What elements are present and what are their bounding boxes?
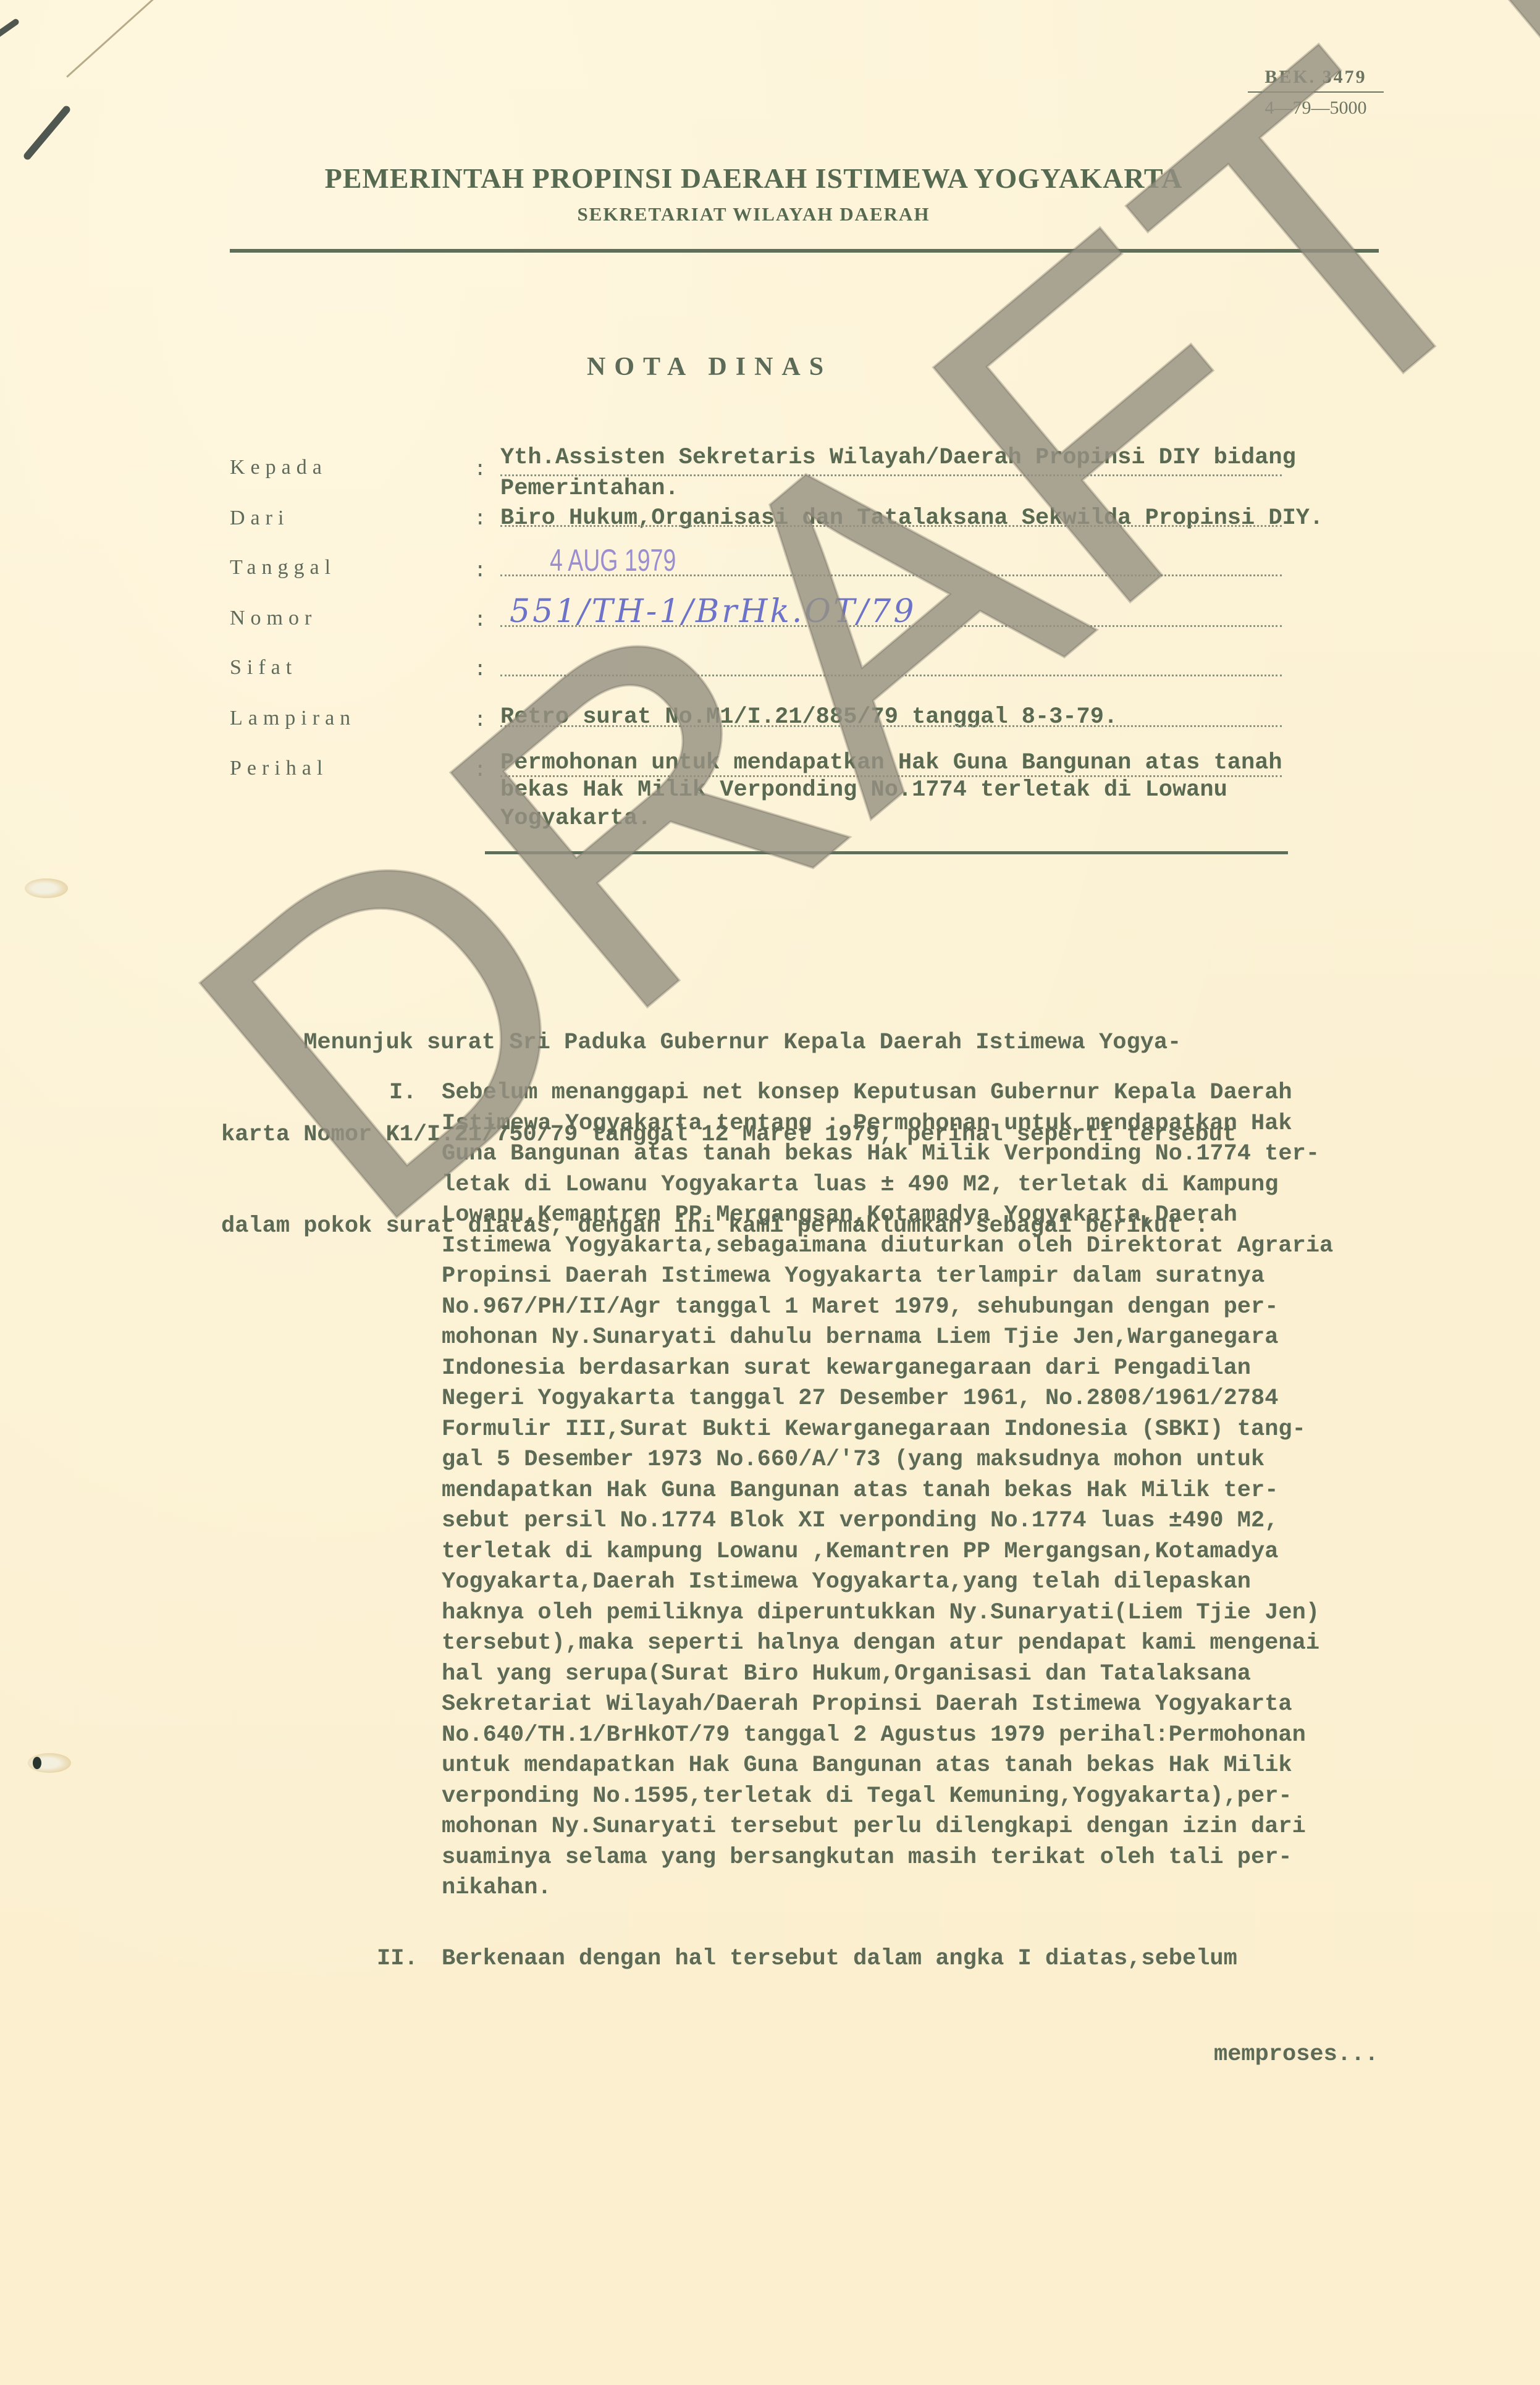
label-tanggal: Tanggal [230, 556, 336, 579]
point-1-line: No.640/TH.1/BrHkOT/79 tanggal 2 Agustus … [442, 1720, 1333, 1751]
colon: : [474, 560, 486, 583]
point-1-line: untuk mendapatkan Hak Guna Bangunan atas… [442, 1751, 1333, 1781]
colon: : [474, 508, 486, 531]
point-1-line: hal yang serupa(Surat Biro Hukum,Organis… [442, 1659, 1333, 1690]
point-1-line: Negeri Yogyakarta tanggal 27 Desember 19… [442, 1384, 1333, 1415]
point-1-line: Propinsi Daerah Istimewa Yogyakarta terl… [442, 1261, 1333, 1292]
label-dari: Dari [230, 507, 289, 530]
point-1-line: verponding No.1595,terletak di Tegal Kem… [442, 1781, 1333, 1812]
point-1-line: sebut persil No.1774 Blok XI verponding … [442, 1506, 1333, 1537]
point-1-line: Yogyakarta,Daerah Istimewa Yogyakarta,ya… [442, 1567, 1333, 1598]
point-1-line: haknya oleh pemiliknya diperuntukkan Ny.… [442, 1598, 1333, 1629]
label-lampiran: Lampiran [230, 707, 356, 730]
colon: : [474, 458, 486, 482]
point-1-line: Istimewa Yogyakarta,sebagaimana diuturka… [442, 1231, 1333, 1262]
point-1-line: gal 5 Desember 1973 No.660/A/'73 (yang m… [442, 1445, 1333, 1476]
point-1-line: Formulir III,Surat Bukti Kewarganegaraan… [442, 1415, 1333, 1445]
punch-hole [25, 878, 68, 898]
punch-hole [28, 1753, 71, 1773]
continuation-text: memproses... [1214, 2040, 1378, 2071]
point-2-marker: II. [377, 1944, 418, 1975]
point-1-line: mendapatkan Hak Guna Bangunan atas tanah… [442, 1476, 1333, 1507]
label-sifat: Sifat [230, 656, 297, 679]
point-1-line: nikahan. [442, 1873, 1333, 1904]
label-kepada: Kepada [230, 456, 327, 479]
point-2-text: Berkenaan dengan hal tersebut dalam angk… [442, 1944, 1237, 1975]
point-1-line: suaminya selama yang bersangkutan masih … [442, 1843, 1333, 1874]
point-1-line: Sekretariat Wilayah/Daerah Propinsi Daer… [442, 1689, 1333, 1720]
point-1-line: Lowanu,Kemantren PP Mergangsan,Kotamadya… [442, 1200, 1333, 1231]
point-1-line: terletak di kampung Lowanu ,Kemantren PP… [442, 1537, 1333, 1568]
point-1-line: mohonan Ny.Sunaryati dahulu bernama Liem… [442, 1323, 1333, 1353]
point-1-line: mohonan Ny.Sunaryati tersebut perlu dile… [442, 1812, 1333, 1843]
point-1-line: No.967/PH/II/Agr tanggal 1 Maret 1979, s… [442, 1292, 1333, 1323]
point-1-line: tersebut),maka seperti halnya dengan atu… [442, 1628, 1333, 1659]
point-1-paragraph: Sebelum menanggapi net konsep Keputusan … [442, 1078, 1333, 1904]
label-nomor: Nomor [230, 607, 317, 630]
point-1-line: Indonesia berdasarkan surat kewarganegar… [442, 1353, 1333, 1384]
